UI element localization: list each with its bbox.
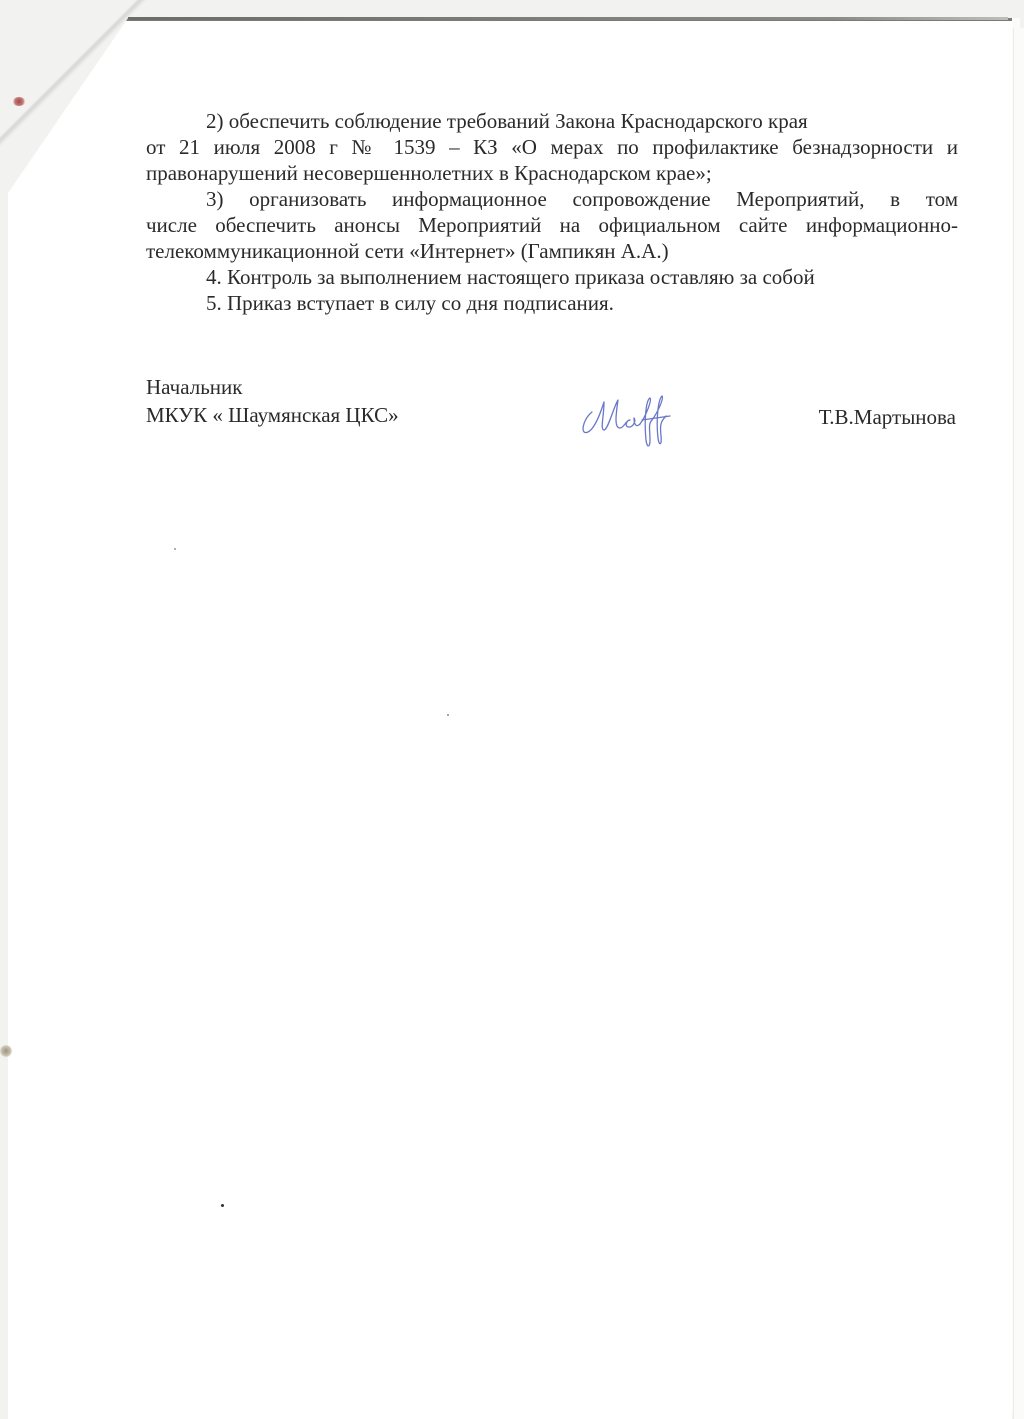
scan-speck <box>174 548 176 550</box>
ink-stain <box>12 97 26 106</box>
signatory-organization: МКУК « Шаумянская ЦКС» <box>146 402 399 428</box>
text-line: 3) организовать информационное сопровожд… <box>146 186 958 212</box>
text-line: числе обеспечить анонсы Мероприятий на о… <box>146 212 958 238</box>
order-body: 2) обеспечить соблюдение требований Зако… <box>146 108 958 316</box>
text-line: правонарушений несовершеннолетних в Крас… <box>146 160 958 186</box>
scanned-page: 2) обеспечить соблюдение требований Зако… <box>0 0 1024 1419</box>
scan-speck <box>221 1204 224 1207</box>
text-line: от 21 июля 2008 г № 1539 – КЗ «О мерах п… <box>146 134 958 160</box>
sheet-top-edge <box>128 17 1008 20</box>
text-line: телекоммуникационной сети «Интернет» (Га… <box>146 238 958 264</box>
scan-artifact <box>0 1045 12 1057</box>
paragraph-item-2: 2) обеспечить соблюдение требований Зако… <box>146 108 958 186</box>
paragraph-item-4: 4. Контроль за выполнением настоящего пр… <box>146 264 958 290</box>
page-stack-edge-back <box>1013 28 1024 1419</box>
scan-speck <box>447 714 449 716</box>
paragraph-item-5: 5. Приказ вступает в силу со дня подписа… <box>146 290 958 316</box>
handwritten-signature-icon <box>578 390 678 454</box>
signature-block: Начальник МКУК « Шаумянская ЦКС» Т.В.Мар… <box>146 374 958 454</box>
text-line: 4. Контроль за выполнением настоящего пр… <box>146 264 958 290</box>
signatory-title: Начальник <box>146 374 242 400</box>
text-line: 5. Приказ вступает в силу со дня подписа… <box>146 290 958 316</box>
signatory-name: Т.В.Мартынова <box>819 404 956 430</box>
paragraph-item-3: 3) организовать информационное сопровожд… <box>146 186 958 264</box>
text-line: 2) обеспечить соблюдение требований Зако… <box>146 108 958 134</box>
